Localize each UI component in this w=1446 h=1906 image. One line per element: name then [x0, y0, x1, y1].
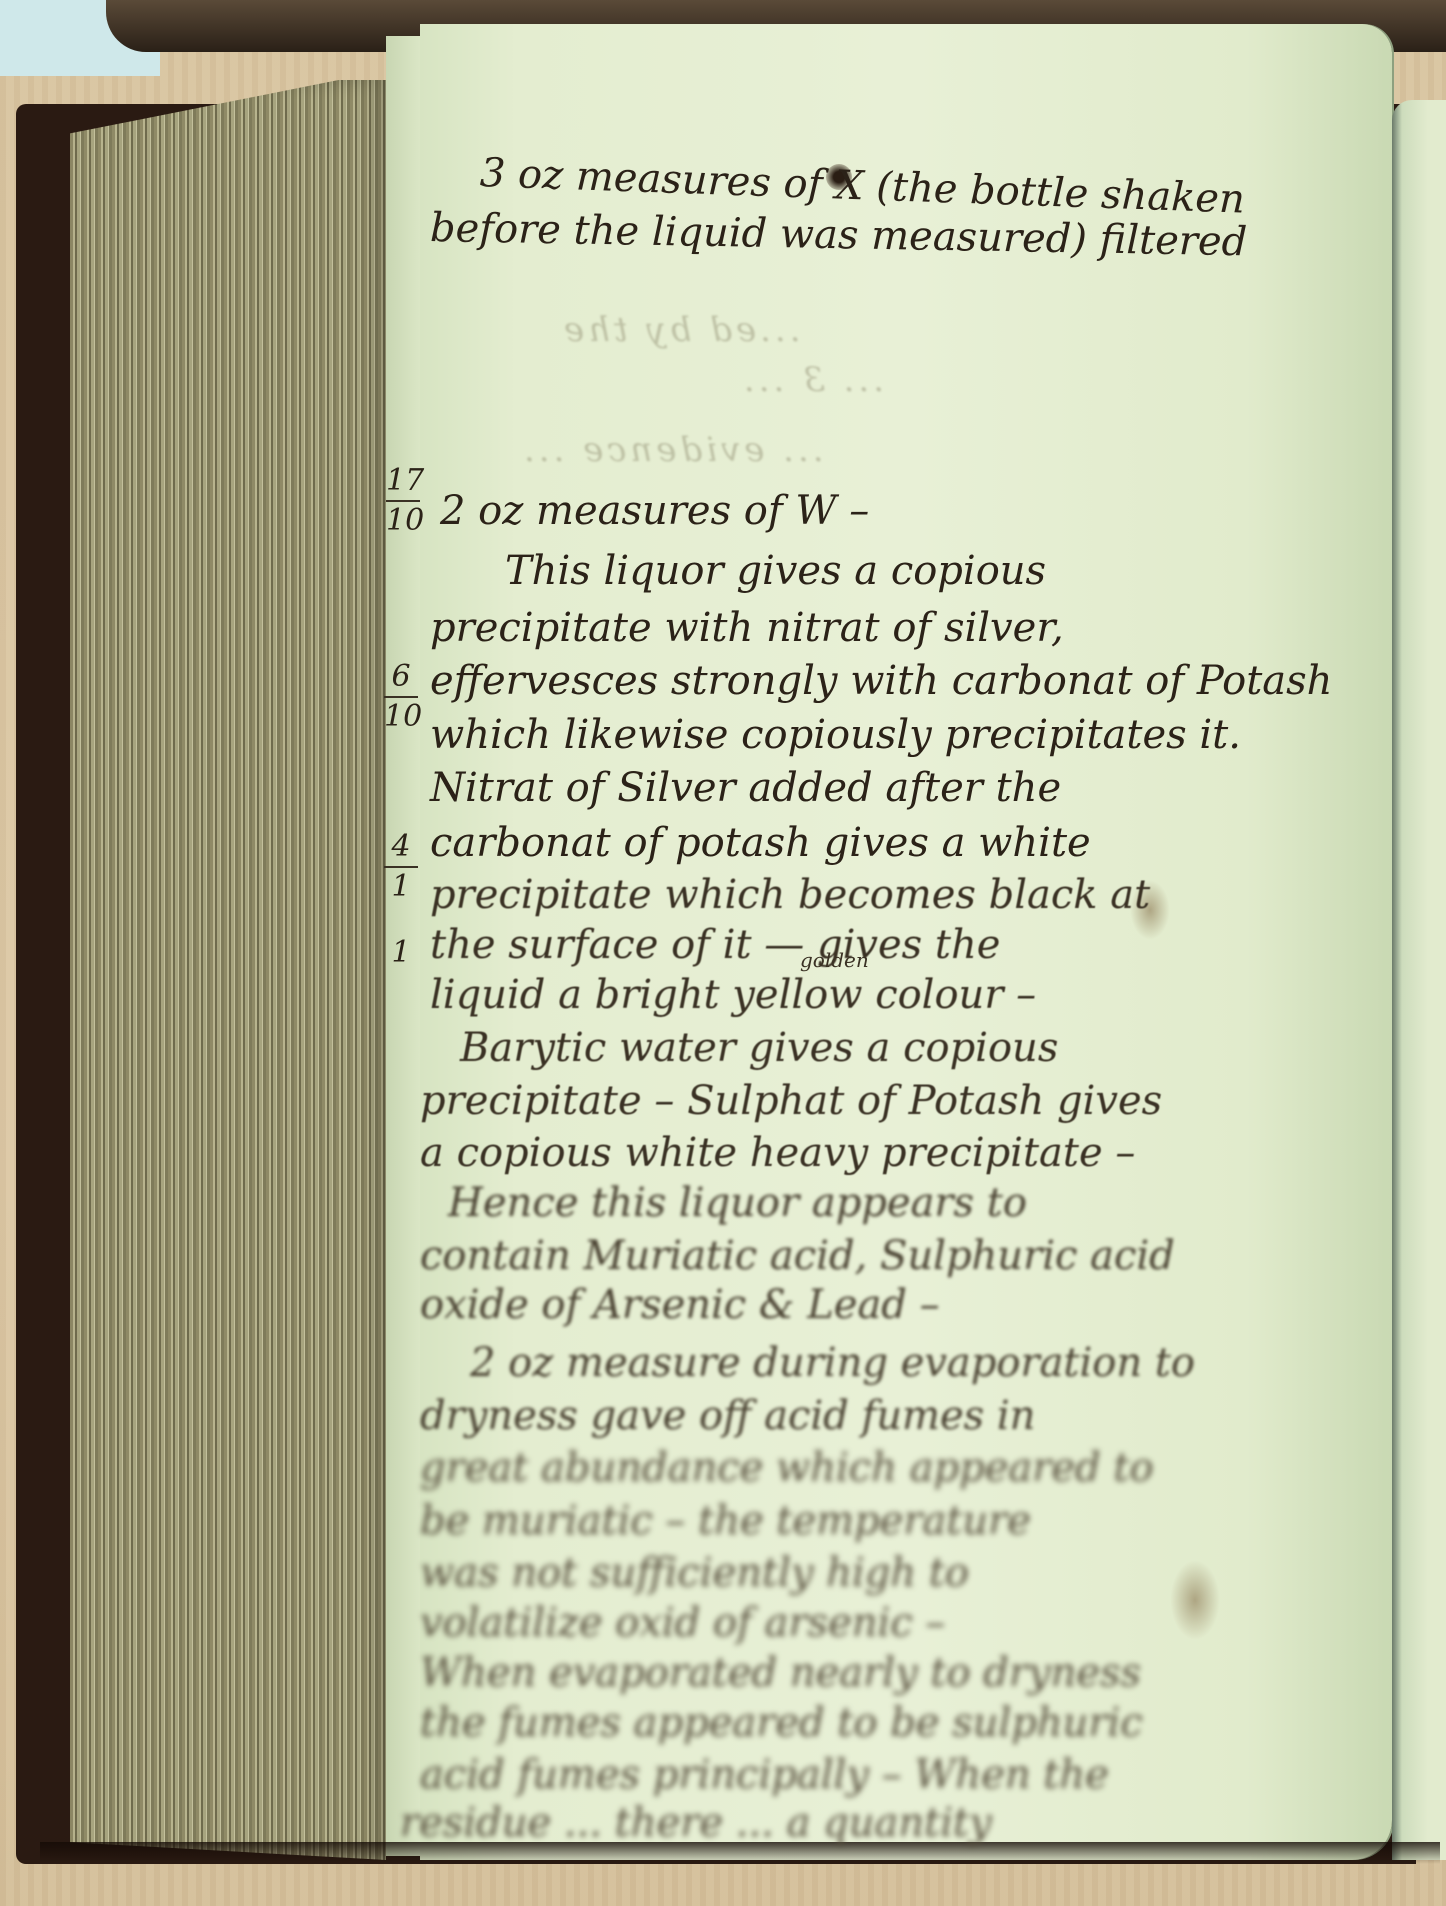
entry-3-line: the fumes appeared to be sulphuric	[420, 1700, 1143, 1746]
margin-denominator: 10	[386, 503, 424, 538]
entry-3-line: When evaporated nearly to dryness	[420, 1650, 1141, 1696]
entry-2-line: the surface of it — gives the	[430, 922, 1000, 968]
margin-denominator: 1	[391, 869, 410, 904]
entry-2-line: precipitate – Sulphat of Potash gives	[420, 1078, 1162, 1124]
entry-3-line: volatilize oxid of arsenic –	[420, 1600, 945, 1646]
margin-note: 4 1	[384, 830, 418, 904]
entry-2-line: This liquor gives a copious	[505, 548, 1046, 594]
entry-2-line: effervesces strongly with carbonat of Po…	[430, 658, 1332, 704]
interlinear-insert: golden	[800, 948, 869, 972]
entry-2-line: contain Muriatic acid, Sulphuric acid	[420, 1233, 1175, 1279]
bleed-through-text: ... evidence ...	[520, 430, 824, 470]
entry-3-line: dryness gave off acid fumes in	[420, 1393, 1035, 1439]
margin-denominator: 1	[391, 935, 410, 970]
entry-2-line: precipitate with nitrat of silver,	[430, 605, 1064, 651]
entry-2-line: precipitate which becomes black at	[430, 872, 1150, 918]
facing-page-edge	[1392, 100, 1446, 1860]
entry-3-line: be muriatic – the temperature	[420, 1498, 1031, 1544]
entry-2-line: oxide of Arsenic & Lead –	[420, 1282, 940, 1328]
entry-2-line: a copious white heavy precipitate –	[420, 1130, 1135, 1176]
entry-3-line: great abundance which appeared to	[420, 1445, 1154, 1491]
margin-numerator: 4	[391, 829, 410, 864]
bleed-through-text: ... 3 ...	[740, 360, 884, 400]
entry-2-line: Hence this liquor appears to	[448, 1180, 1027, 1226]
entry-2-heading: 2 oz measures of W –	[440, 488, 869, 534]
margin-note: 1	[384, 930, 418, 970]
entry-2-line: carbonat of potash gives a white	[430, 820, 1091, 866]
entry-3-line: acid fumes principally – When the	[420, 1752, 1109, 1798]
entry-3-line: residue ... there ... a quantity	[400, 1800, 992, 1846]
entry-3-line: was not sufficiently high to	[420, 1550, 969, 1596]
margin-note: 6 10	[384, 660, 418, 734]
entry-3-line: 2 oz measure during evaporation to	[470, 1340, 1195, 1386]
margin-note: 17 10	[386, 464, 420, 538]
stain	[1170, 1560, 1220, 1640]
page-edges	[70, 80, 386, 1860]
entry-2-line: liquid a bright yellow colour –	[430, 972, 1036, 1018]
margin-numerator: 6	[391, 659, 410, 694]
margin-numerator: 17	[386, 463, 424, 498]
entry-2-line: Barytic water gives a copious	[460, 1025, 1058, 1071]
entry-2-line: Nitrat of Silver added after the	[430, 765, 1061, 811]
entry-2-line: which likewise copiously precipitates it…	[430, 712, 1241, 758]
margin-denominator: 10	[384, 699, 422, 734]
bleed-through-text: ...ed by the	[560, 310, 801, 350]
